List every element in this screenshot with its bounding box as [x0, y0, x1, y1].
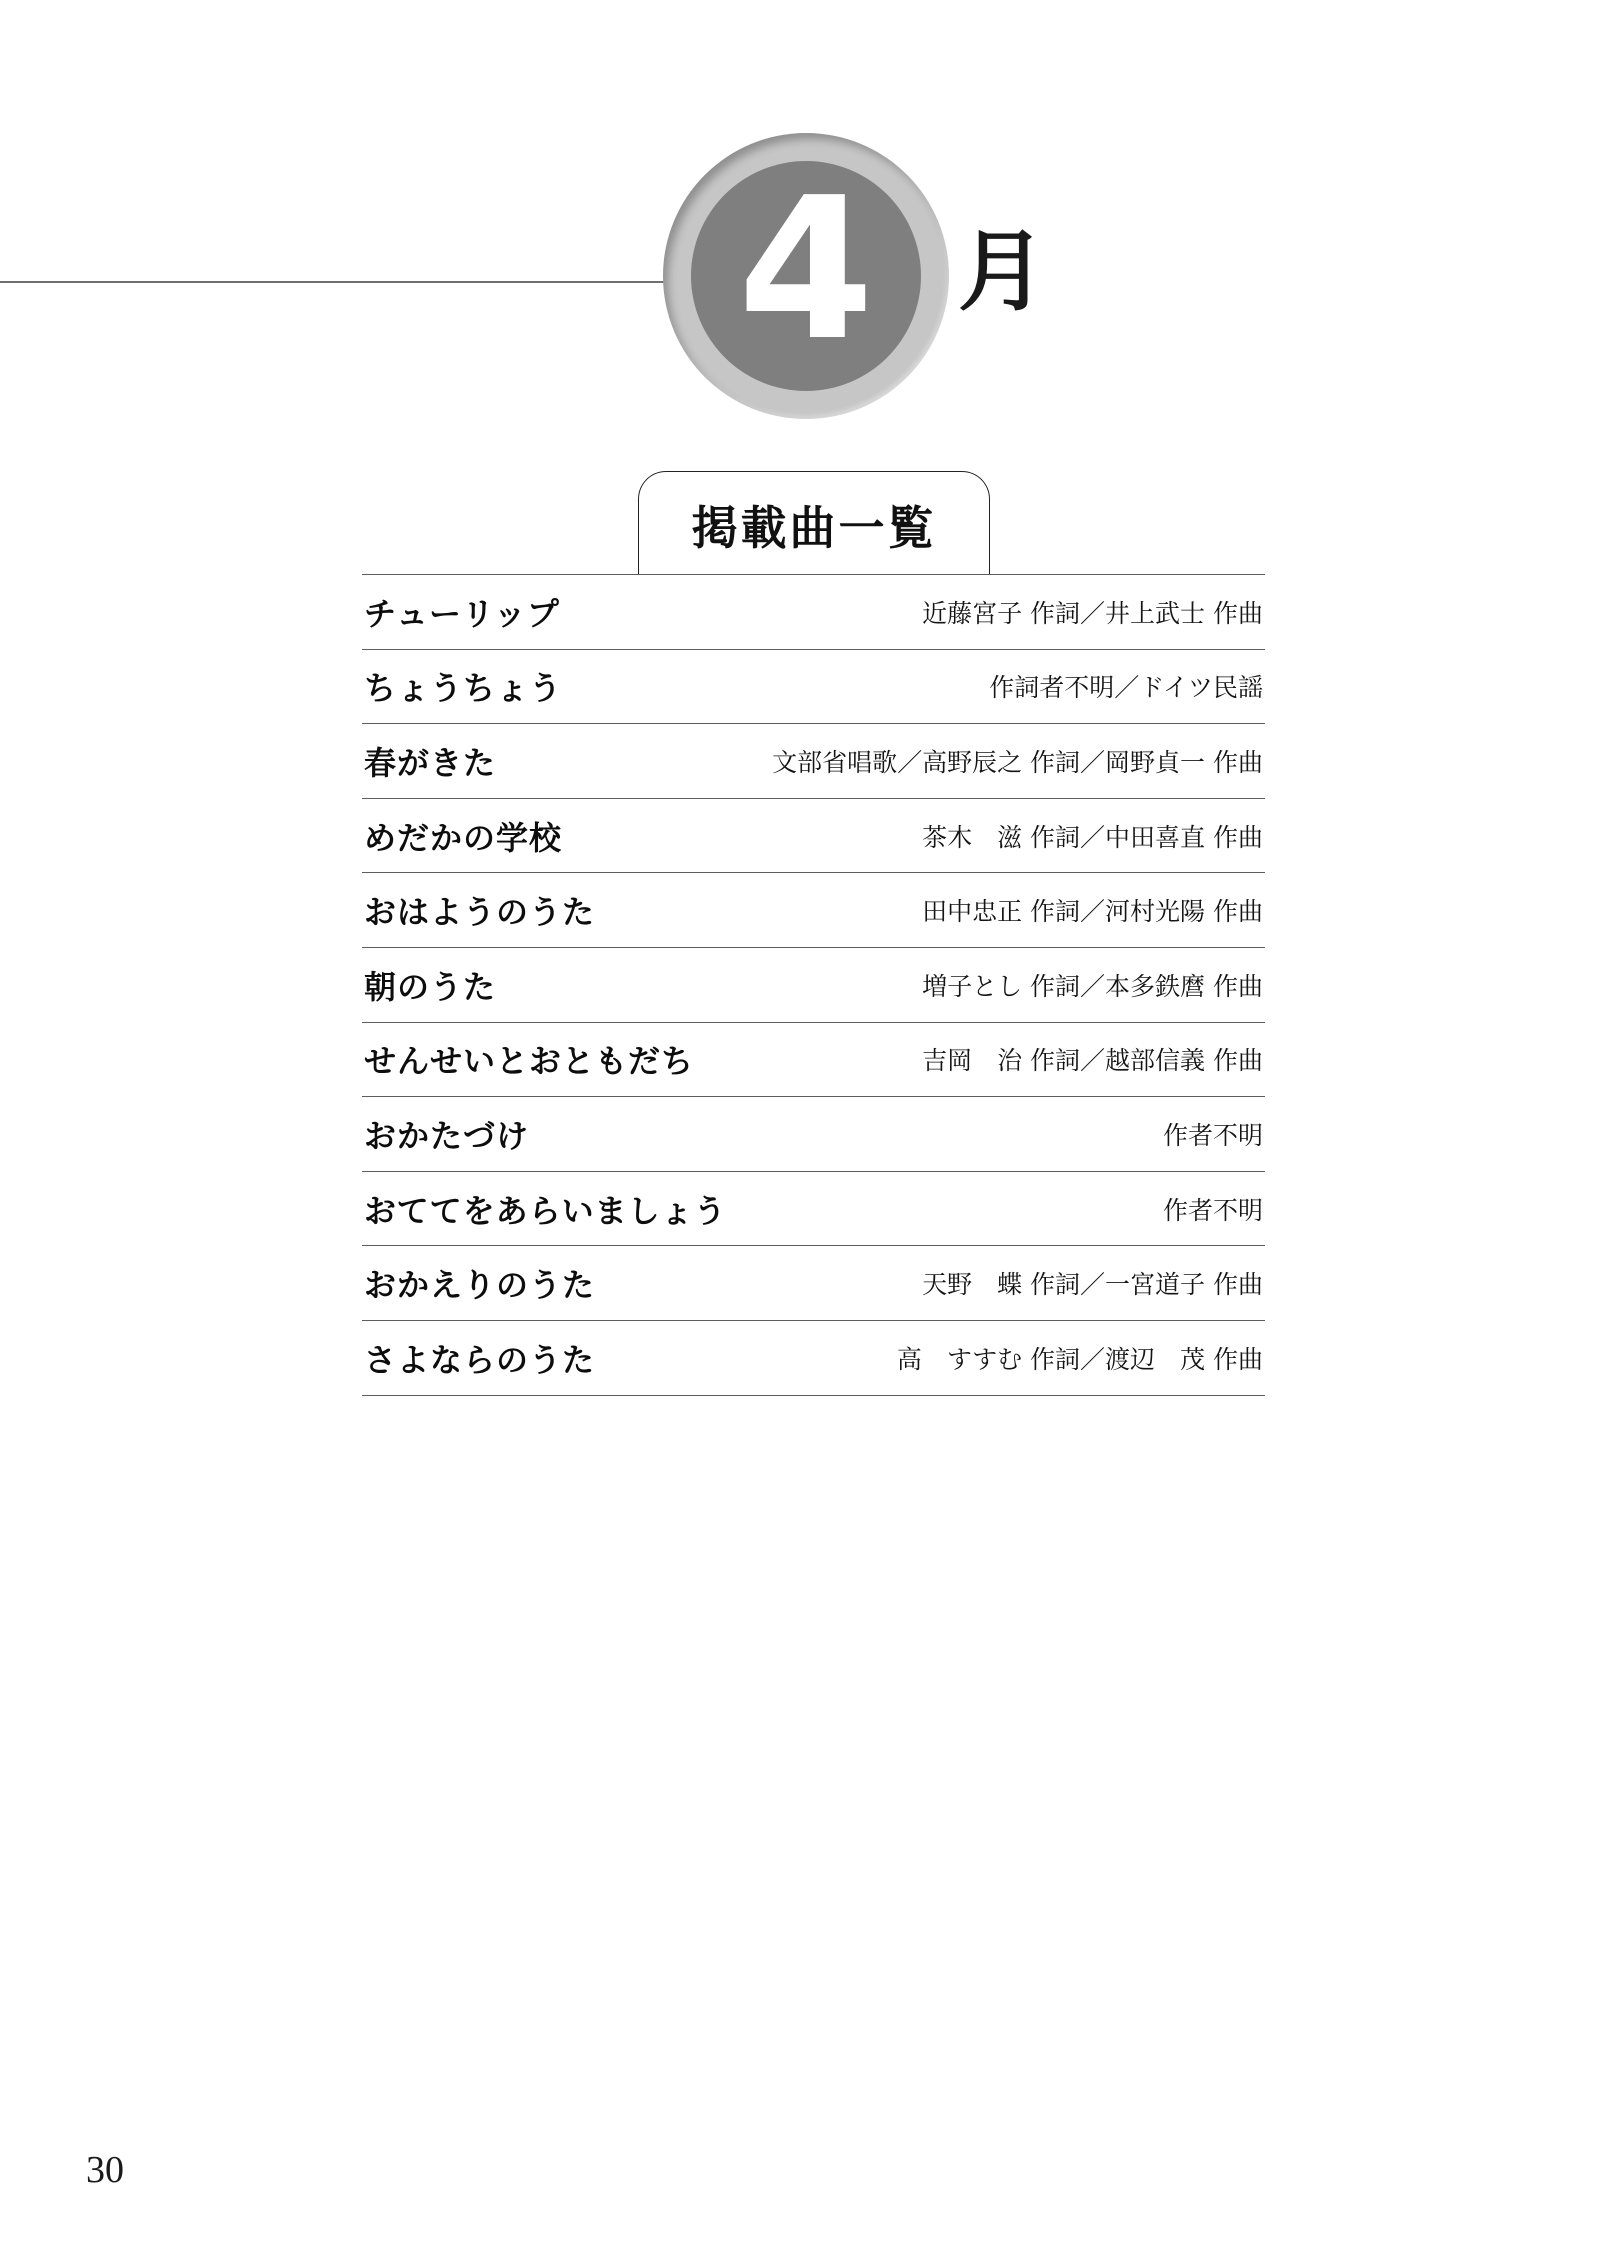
song-row: おててをあらいましょう 作者不明 — [362, 1172, 1265, 1247]
song-credits: 増子とし 作詞／本多鉄麿 作曲 — [922, 967, 1263, 1003]
song-title: せんせいとおともだち — [364, 1036, 694, 1082]
header-rule-line — [0, 281, 664, 283]
month-badge: 4 — [663, 133, 949, 419]
song-credits: 吉岡 治 作詞／越部信義 作曲 — [922, 1041, 1263, 1077]
song-credits: 作詞者不明／ドイツ民謡 — [989, 668, 1263, 704]
song-title: おかたづけ — [364, 1111, 529, 1157]
song-title: おかえりのうた — [364, 1260, 595, 1306]
song-row: ちょうちょう 作詞者不明／ドイツ民謡 — [362, 650, 1265, 725]
song-credits: 茶木 滋 作詞／中田喜直 作曲 — [922, 818, 1263, 854]
song-title: おててをあらいましょう — [364, 1186, 727, 1232]
song-credits: 作者不明 — [1163, 1116, 1263, 1152]
page-number: 30 — [86, 2148, 124, 2192]
month-badge-inner-circle: 4 — [691, 161, 921, 391]
song-list-title-tab: 掲載曲一覧 — [638, 471, 990, 574]
song-row: おかたづけ 作者不明 — [362, 1097, 1265, 1172]
song-title: めだかの学校 — [364, 813, 562, 859]
song-row: せんせいとおともだち 吉岡 治 作詞／越部信義 作曲 — [362, 1023, 1265, 1098]
song-credits: 近藤宮子 作詞／井上武士 作曲 — [922, 594, 1263, 630]
song-list-title: 掲載曲一覧 — [692, 492, 937, 558]
song-row: おはようのうた 田中忠正 作詞／河村光陽 作曲 — [362, 873, 1265, 948]
song-table: チューリップ 近藤宮子 作詞／井上武士 作曲 ちょうちょう 作詞者不明／ドイツ民… — [362, 574, 1265, 1396]
song-credits: 文部省唱歌／高野辰之 作詞／岡野貞一 作曲 — [772, 743, 1263, 779]
song-title: 春がきた — [364, 738, 496, 784]
song-row: 春がきた 文部省唱歌／高野辰之 作詞／岡野貞一 作曲 — [362, 724, 1265, 799]
song-row: さよならのうた 高 すすむ 作詞／渡辺 茂 作曲 — [362, 1321, 1265, 1396]
song-title: 朝のうた — [364, 962, 496, 1008]
song-credits: 田中忠正 作詞／河村光陽 作曲 — [922, 892, 1263, 928]
song-title: チューリップ — [364, 589, 560, 635]
song-title: ちょうちょう — [364, 663, 562, 709]
song-credits: 高 すすむ 作詞／渡辺 茂 作曲 — [897, 1340, 1263, 1376]
song-credits: 作者不明 — [1163, 1191, 1263, 1227]
song-row: チューリップ 近藤宮子 作詞／井上武士 作曲 — [362, 575, 1265, 650]
month-suffix-kanji: 月 — [958, 228, 1046, 316]
song-title: さよならのうた — [364, 1335, 595, 1381]
song-row: おかえりのうた 天野 蝶 作詞／一宮道子 作曲 — [362, 1246, 1265, 1321]
song-row: 朝のうた 増子とし 作詞／本多鉄麿 作曲 — [362, 948, 1265, 1023]
song-credits: 天野 蝶 作詞／一宮道子 作曲 — [922, 1265, 1263, 1301]
song-row: めだかの学校 茶木 滋 作詞／中田喜直 作曲 — [362, 799, 1265, 874]
song-title: おはようのうた — [364, 887, 595, 933]
month-number: 4 — [738, 172, 874, 368]
